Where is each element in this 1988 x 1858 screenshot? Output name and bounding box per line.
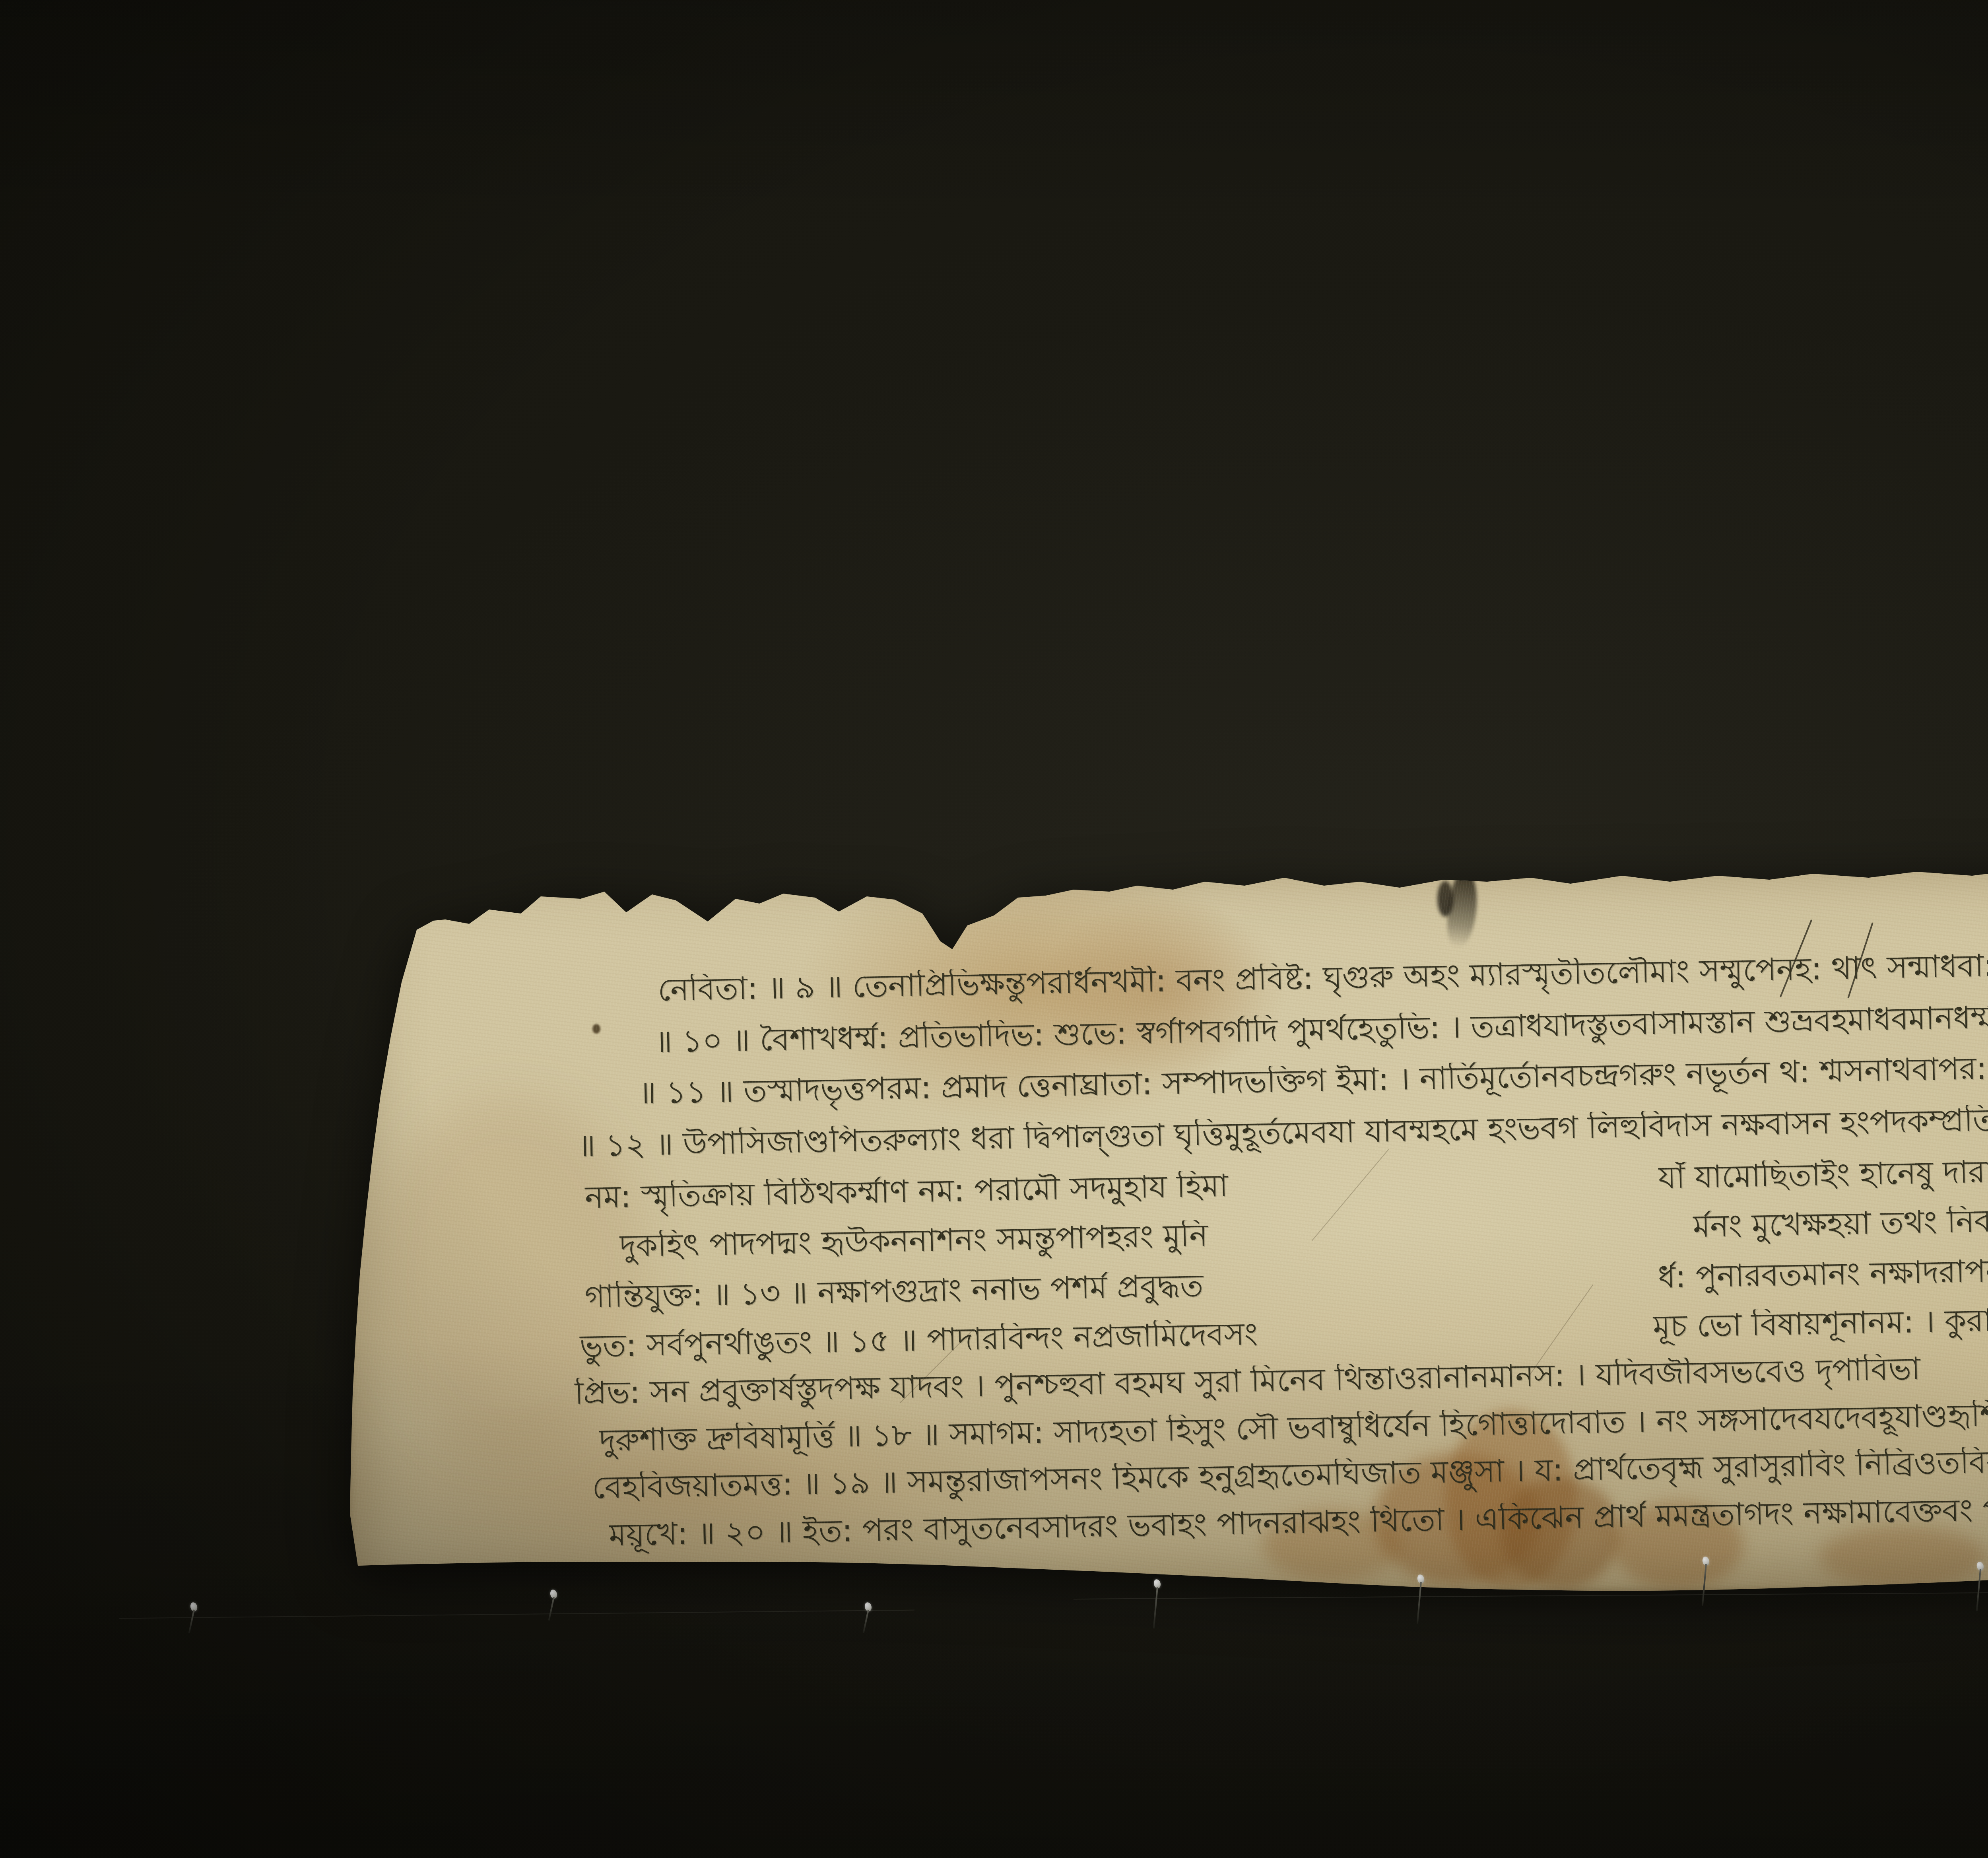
pin-shaft: [862, 1610, 869, 1634]
thread-line: [119, 1610, 914, 1619]
line-right-column: মূচ ভো বিষায়শূনানম: । কুরাপ্তহস্মানি মু…: [1653, 1299, 1988, 1354]
straight-pin: [1417, 1574, 1424, 1624]
pin-shaft: [548, 1597, 554, 1621]
straight-pin: [1154, 1579, 1161, 1629]
straight-pin: [865, 1602, 872, 1634]
pin-shaft: [1976, 1569, 1981, 1611]
pin-shaft: [188, 1610, 194, 1634]
manuscript-page-wrap: নেবিতা: ॥ ৯ ॥ তেনাপ্রিভিক্ষন্তুপরার্ধনখম…: [348, 857, 1988, 1591]
line-right-column: র্ধ: পুনারবতমানং নক্ষাদরাপনরজন্মবিথ্যা এ…: [1658, 1250, 1988, 1305]
thread-line: [1074, 1592, 1988, 1600]
pin-shaft: [1153, 1587, 1158, 1629]
photo-of-manuscript: নেবিতা: ॥ ৯ ॥ তেনাপ্রিভিক্ষন্তুপরার্ধনখম…: [0, 0, 1988, 1858]
pin-shaft: [1701, 1564, 1706, 1606]
line-left-column: দুকহিৎ পাদপদ্মং হৃউকননাশনং সমন্তুপাপহরং …: [619, 1216, 1423, 1274]
pin-shaft: [1416, 1582, 1421, 1624]
handwritten-text-block: নেবিতা: ॥ ৯ ॥ তেনাপ্রিভিক্ষন্তুপরার্ধনখম…: [567, 943, 1988, 1596]
line-left-column: নম: স্মৃতিক্রায় বিঠিথকর্ম্মাণ নম: পরামৌ…: [584, 1167, 1388, 1225]
manuscript-page: নেবিতা: ॥ ৯ ॥ তেনাপ্রিভিক্ষন্তুপরার্ধনখম…: [348, 857, 1988, 1591]
line-left-column: গান্তিযুক্ত: ॥ ১৩ ॥ নক্ষাপগুদ্রাং ননাভ প…: [584, 1267, 1388, 1324]
line-right-column: যাঁ যামোছিতাইং হানেষু দারার্থ কাণষু এজাক…: [1658, 1151, 1988, 1205]
straight-pin: [550, 1590, 557, 1621]
ink-smudge: [1437, 881, 1453, 917]
straight-pin: [190, 1602, 197, 1634]
straight-pin: [1977, 1562, 1984, 1611]
line-right-column: র্মনং মুখেক্ষহয়া তথং নিবানহৃতে মৃতানদাব…: [1693, 1200, 1988, 1254]
straight-pin: [1703, 1557, 1709, 1606]
